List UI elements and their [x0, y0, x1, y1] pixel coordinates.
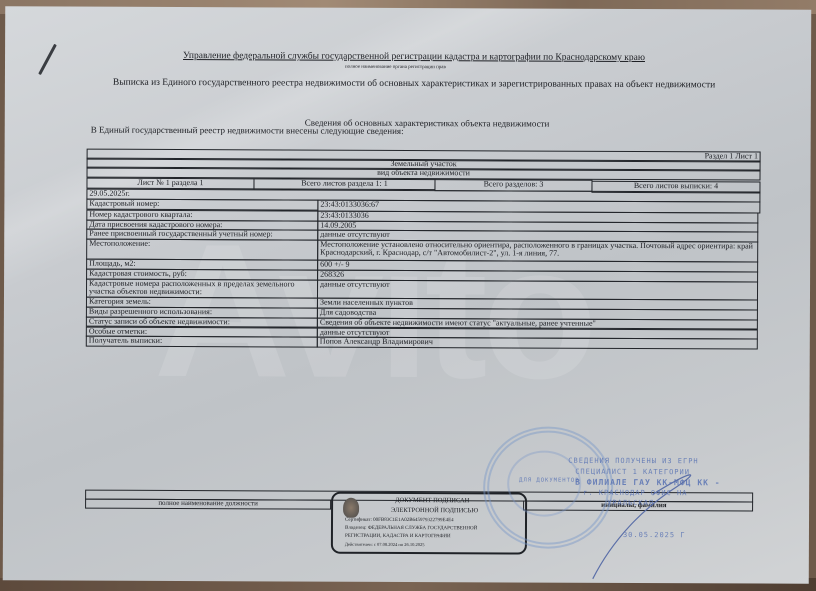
signed-line1: ДОКУМЕНТ ПОДПИСАН: [395, 497, 469, 504]
table-row-value: Попов Александр Владимирович: [317, 337, 758, 350]
intro-text: В Единый государственный реестр недвижим…: [91, 125, 404, 136]
table-row-label: Местоположение:: [86, 239, 318, 261]
table-row-label: Кадастровые номера расположенных в преде…: [86, 279, 318, 299]
issuer-line2: РЕГИСТРАЦИИ, КАДАСТРА И КАРТОГРАФИИ: [345, 534, 451, 539]
issuer-line1: Владелец: ФЕДЕРАЛЬНАЯ СЛУЖБА ГОСУДАРСТВЕ…: [345, 526, 477, 532]
table-row-label: Получатель выписки:: [86, 336, 318, 348]
coat-of-arms-icon: [343, 498, 359, 518]
seal-inner-text: ДЛЯ ДОКУМЕНТОВ: [519, 477, 579, 483]
certificate: Сертификат: 00FB83C1E1A02B645979322799E4…: [345, 518, 454, 523]
authority-name: Управление федеральной службы государств…: [183, 51, 645, 63]
document-page: Avito Управление федеральной службы госу…: [3, 6, 811, 584]
sheet-number: Лист № 1 раздела 1: [86, 178, 254, 190]
validity: Действителен: с 07.08.2024 по 26.10.2025: [345, 542, 425, 547]
position-caption: полное наименование должности: [85, 499, 331, 510]
handwritten-signature: [583, 449, 704, 590]
section-sheets-total: Всего листов раздела 1: 1: [253, 178, 435, 190]
authority-caption: полное наименование органа регистрации п…: [345, 65, 446, 70]
signed-line2: ЭЛЕКТРОННОЙ ПОДПИСЬЮ: [391, 507, 478, 514]
